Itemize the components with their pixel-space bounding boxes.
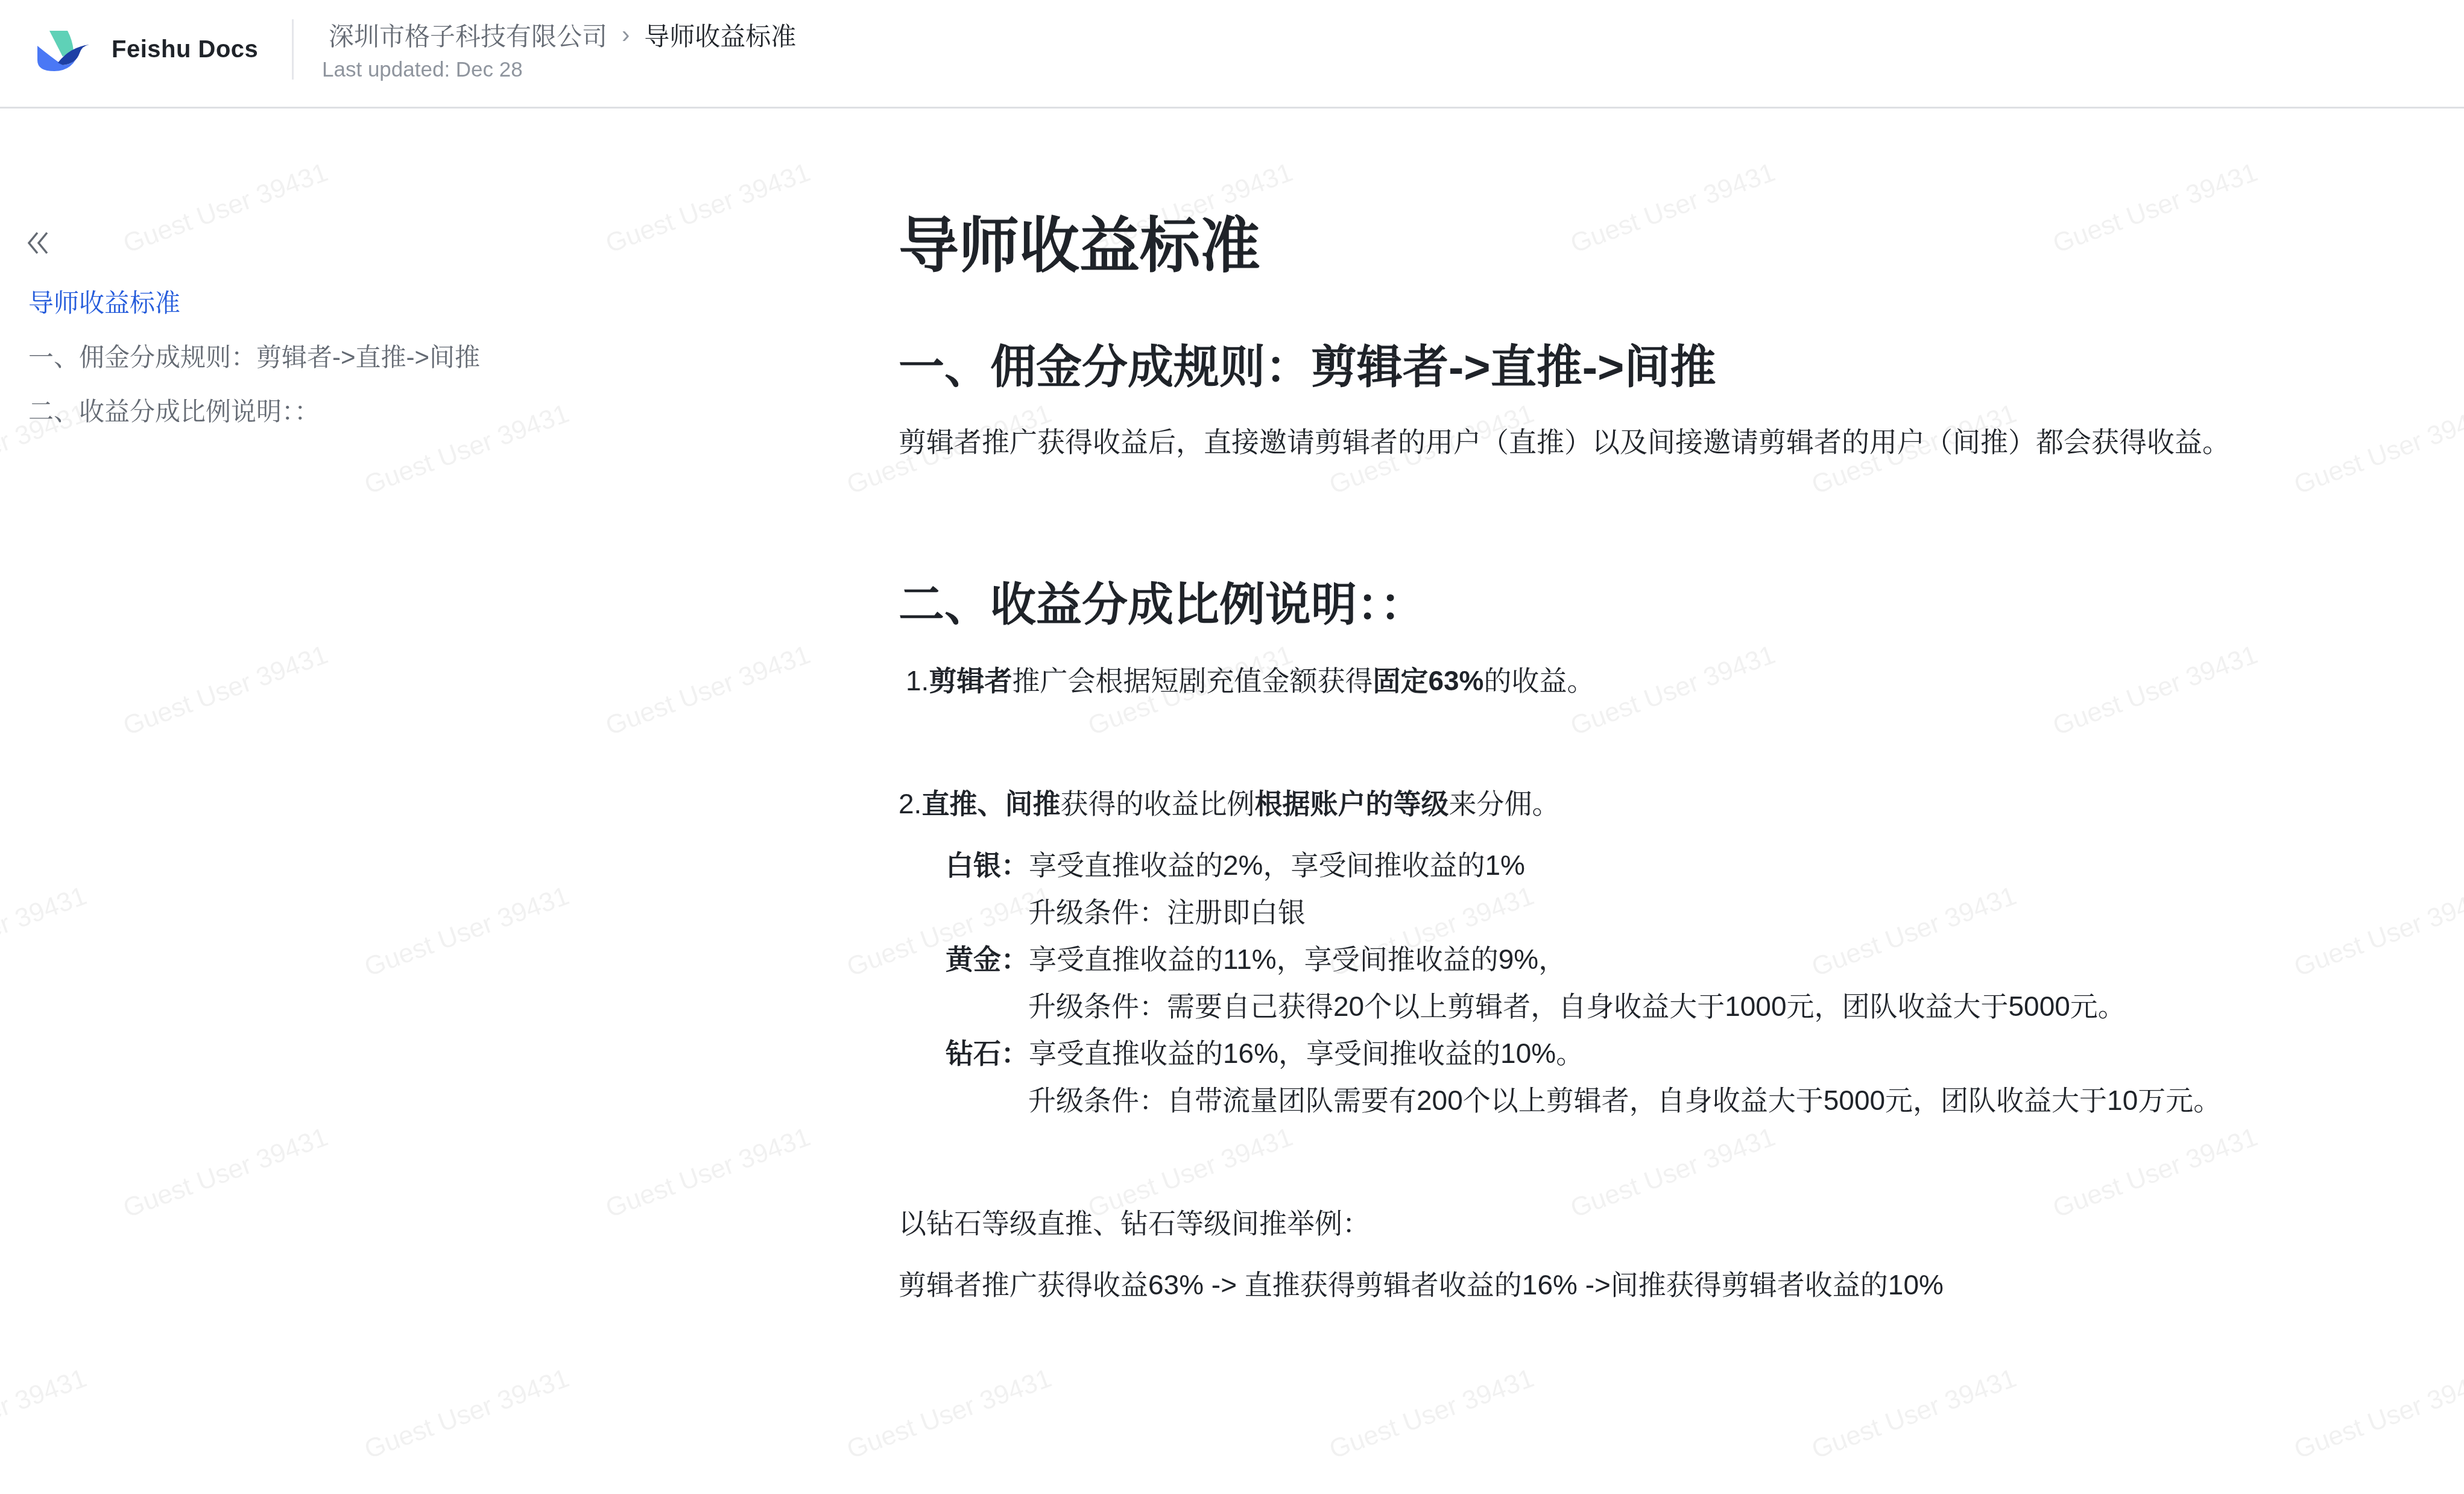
tier-name: 钻石：	[946, 1038, 1029, 1069]
toc-item-title[interactable]: 导师收益标准	[28, 283, 180, 320]
item-2-prefix: 2.	[899, 788, 921, 819]
watermark: Guest User 39431	[2049, 157, 2262, 259]
breadcrumb-parent[interactable]: 深圳市格子科技有限公司	[329, 17, 607, 53]
watermark: Guest User 39431	[2290, 1363, 2464, 1465]
tier-diamond: 钻石：享受直推收益的16%，享受间推收益的10%。	[946, 1036, 1584, 1072]
item-2-bold-direct: 直推	[921, 788, 977, 819]
tier-silver-upgrade: 升级条件：注册即白银	[1028, 895, 1306, 931]
watermark: Guest User 39431	[2049, 640, 2262, 742]
tier-gold-upgrade: 升级条件：需要自己获得20个以上剪辑者，自身收益大于1000元，团队收益大于50…	[1028, 989, 2126, 1025]
item-2-bold-level: 根据账户的等级	[1254, 788, 1448, 819]
collapse-sidebar-icon[interactable]	[24, 228, 54, 258]
watermark: Guest User 39431	[2049, 1122, 2262, 1224]
top-header: Feishu Docs 深圳市格子科技有限公司 › 导师收益标准 Last up…	[0, 0, 2464, 109]
item-2-text: 获得的收益比例	[1060, 788, 1254, 819]
item-2-text-end: 来分佣。	[1448, 788, 1559, 819]
breadcrumb-current: 导师收益标准	[644, 17, 796, 53]
chevron-right-icon: ›	[622, 22, 630, 49]
watermark: Guest User 39431	[1808, 881, 2021, 983]
section-1-paragraph: 剪辑者推广获得收益后，直接邀请剪辑者的用户（直推）以及间接邀请剪辑者的用户（间推…	[899, 424, 2230, 461]
item-2-bold-indirect: 间推	[1005, 788, 1060, 819]
feishu-logo-icon[interactable]	[36, 29, 90, 72]
watermark: Guest User 39431	[1808, 1363, 2021, 1465]
toc-sidebar: 导师收益标准 一、佣金分成规则：剪辑者->直推->间推 二、收益分成比例说明：：	[0, 107, 663, 1494]
item-1-prefix: 1.	[906, 665, 929, 696]
watermark: Guest User 39431	[843, 1363, 1056, 1465]
tier-name: 白银：	[946, 849, 1029, 881]
item-1-bold-editor: 剪辑者	[929, 665, 1012, 696]
watermark: Guest User 39431	[1567, 1122, 1780, 1224]
watermark: Guest User 39431	[1567, 640, 1780, 742]
watermark: Guest User 39431	[1567, 157, 1780, 259]
tier-benefit: 享受直推收益的2%，享受间推收益的1%	[1029, 849, 1525, 881]
tier-benefit: 享受直推收益的16%，享受间推收益的10%。	[1029, 1038, 1584, 1069]
tier-benefit: 享受直推收益的11%，享受间推收益的9%，	[1029, 944, 1566, 975]
item-2-sep: 、	[977, 788, 1005, 819]
tier-diamond-upgrade: 升级条件：自带流量团队需要有200个以上剪辑者，自身收益大于5000元，团队收益…	[1028, 1083, 2221, 1119]
item-1-text-end: 的收益。	[1483, 665, 1594, 696]
toc-item-section-1[interactable]: 一、佣金分成规则：剪辑者->直推->间推	[28, 338, 480, 374]
example-intro: 以钻石等级直推、钻石等级间推举例：	[899, 1206, 1370, 1242]
watermark: Guest User 39431	[1325, 1363, 1538, 1465]
section-1-heading: 一、佣金分成规则：剪辑者->直推->间推	[899, 340, 1716, 395]
item-1-text: 推广会根据短剧充值金额获得	[1012, 665, 1373, 696]
item-2: 2.直推、间推获得的收益比例根据账户的等级来分佣。	[899, 786, 1559, 822]
breadcrumb: 深圳市格子科技有限公司 › 导师收益标准	[329, 17, 796, 53]
tier-name: 黄金：	[946, 944, 1029, 975]
header-divider	[292, 19, 294, 80]
watermark: Guest User 39431	[2290, 399, 2464, 500]
item-1: 1.剪辑者推广会根据短剧充值金额获得固定63%的收益。	[906, 663, 1594, 699]
toc-item-section-2[interactable]: 二、收益分成比例说明：：	[28, 392, 320, 428]
watermark: Guest User 39431	[2290, 881, 2464, 983]
tier-gold: 黄金：享受直推收益的11%，享受间推收益的9%，	[946, 942, 1566, 978]
tier-silver: 白银：享受直推收益的2%，享受间推收益的1%	[946, 848, 1525, 884]
last-updated: Last updated: Dec 28	[322, 58, 523, 82]
item-1-bold-fixed: 固定63%	[1373, 665, 1483, 696]
page-title: 导师收益标准	[899, 210, 1260, 282]
example-text: 剪辑者推广获得收益63% -> 直推获得剪辑者收益的16% ->间推获得剪辑者收…	[899, 1267, 1944, 1303]
brand-name[interactable]: Feishu Docs	[112, 36, 258, 63]
section-2-heading: 二、收益分成比例说明：：	[899, 578, 1426, 632]
